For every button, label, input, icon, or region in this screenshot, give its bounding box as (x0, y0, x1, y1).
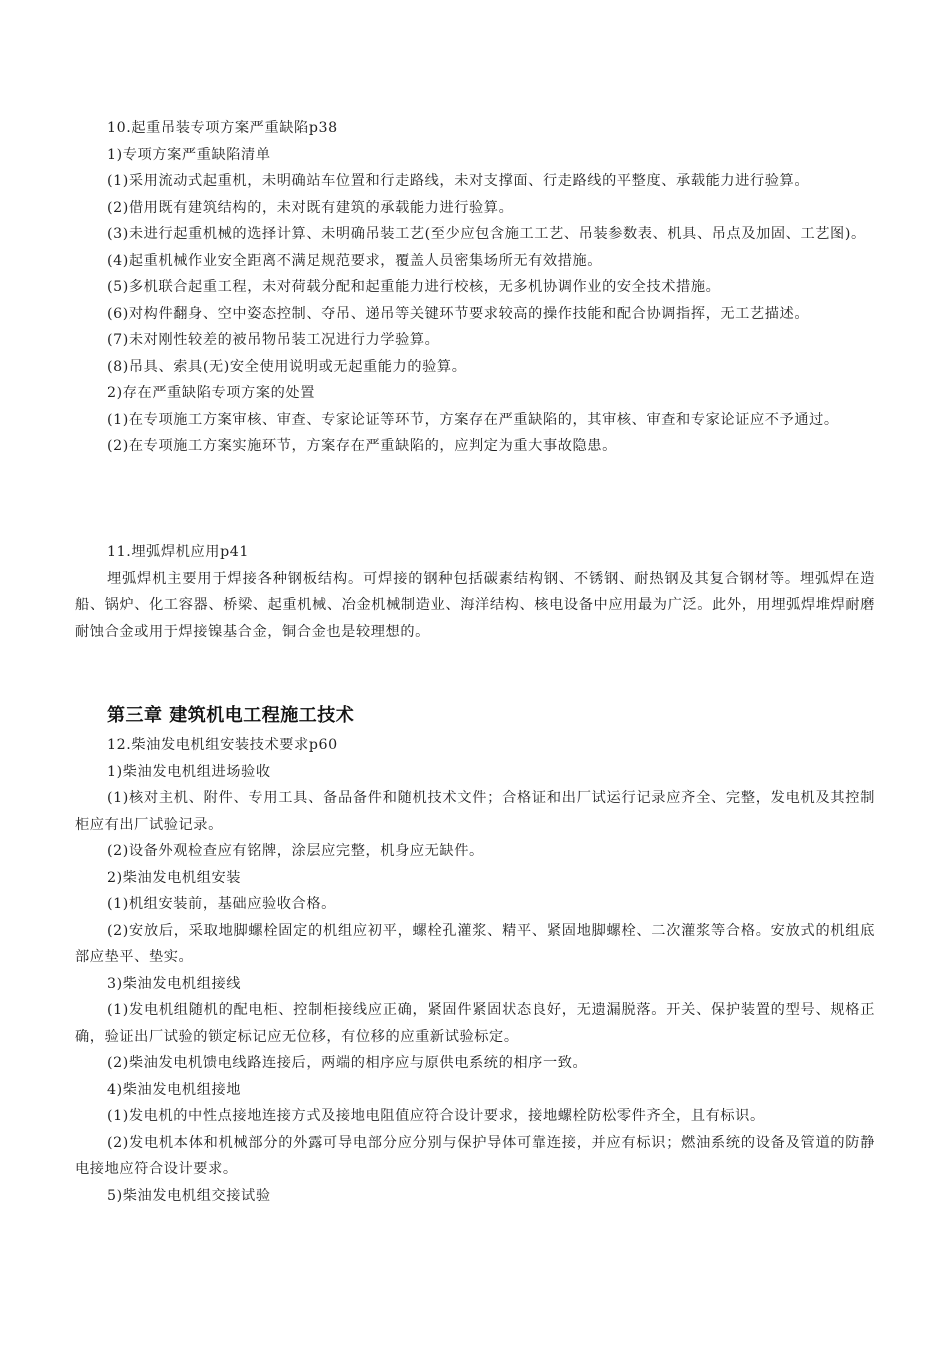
list-item: (2)借用既有建筑结构的，未对既有建筑的承载能力进行验算。 (75, 195, 875, 222)
section-11: 11.埋弧焊机应用p41 埋弧焊机主要用于焊接各种钢板结构。可焊接的钢种包括碳素… (75, 539, 875, 645)
subsection-title: 1)专项方案严重缺陷清单 (75, 142, 875, 169)
list-item: (8)吊具、索具(无)安全使用说明或无起重能力的验算。 (75, 354, 875, 381)
subsection-title: 2)柴油发电机组安装 (75, 865, 875, 892)
list-item: (6)对构件翻身、空中姿态控制、夺吊、递吊等关键环节要求较高的操作技能和配合协调… (75, 301, 875, 328)
section-10: 10.起重吊装专项方案严重缺陷p38 1)专项方案严重缺陷清单 (1)采用流动式… (75, 115, 875, 460)
subsection-title: 5)柴油发电机组交接试验 (75, 1183, 875, 1210)
section-title: 12.柴油发电机组安装技术要求p60 (75, 732, 875, 759)
list-item: (1)发电机的中性点接地连接方式及接地电阻值应符合设计要求，接地螺栓防松零件齐全… (75, 1103, 875, 1130)
section-title: 10.起重吊装专项方案严重缺陷p38 (75, 115, 875, 142)
section-title: 11.埋弧焊机应用p41 (75, 539, 875, 566)
subsection-title: 3)柴油发电机组接线 (75, 971, 875, 998)
list-item: (1)机组安装前，基础应验收合格。 (75, 891, 875, 918)
subsection-title: 1)柴油发电机组进场验收 (75, 759, 875, 786)
list-item: (3)未进行起重机械的选择计算、未明确吊装工艺(至少应包含施工工艺、吊装参数表、… (75, 221, 875, 248)
list-item: (2)安放后，采取地脚螺栓固定的机组应初平，螺栓孔灌浆、精平、紧固地脚螺栓、二次… (75, 918, 875, 971)
list-item: (7)未对刚性较差的被吊物吊装工况进行力学验算。 (75, 327, 875, 354)
list-item: (5)多机联合起重工程，未对荷载分配和起重能力进行校核，无多机协调作业的安全技术… (75, 274, 875, 301)
list-item: (1)核对主机、附件、专用工具、备品备件和随机技术文件；合格证和出厂试运行记录应… (75, 785, 875, 838)
list-item: (2)在专项施工方案实施环节，方案存在严重缺陷的，应判定为重大事故隐患。 (75, 433, 875, 460)
subsection-title: 4)柴油发电机组接地 (75, 1077, 875, 1104)
list-item: (4)起重机械作业安全距离不满足规范要求，覆盖人员密集场所无有效措施。 (75, 248, 875, 275)
list-item: (1)采用流动式起重机，未明确站车位置和行走路线，未对支撑面、行走路线的平整度、… (75, 168, 875, 195)
list-item: (2)柴油发电机馈电线路连接后，两端的相序应与原供电系统的相序一致。 (75, 1050, 875, 1077)
list-item: (2)发电机本体和机械部分的外露可导电部分应分别与保护导体可靠连接，并应有标识；… (75, 1130, 875, 1183)
list-item: (2)设备外观检查应有铭牌，涂层应完整，机身应无缺件。 (75, 838, 875, 865)
subsection-title: 2)存在严重缺陷专项方案的处置 (75, 380, 875, 407)
chapter-heading: 第三章 建筑机电工程施工技术 (75, 701, 875, 731)
list-item: (1)发电机组随机的配电柜、控制柜接线应正确，紧固件紧固状态良好，无遗漏脱落。开… (75, 997, 875, 1050)
list-item: (1)在专项施工方案审核、审查、专家论证等环节，方案存在严重缺陷的，其审核、审查… (75, 407, 875, 434)
chapter-3: 第三章 建筑机电工程施工技术 (75, 701, 875, 731)
section-12: 12.柴油发电机组安装技术要求p60 1)柴油发电机组进场验收 (1)核对主机、… (75, 732, 875, 1209)
paragraph: 埋弧焊机主要用于焊接各种钢板结构。可焊接的钢种包括碳素结构钢、不锈钢、耐热钢及其… (75, 566, 875, 646)
